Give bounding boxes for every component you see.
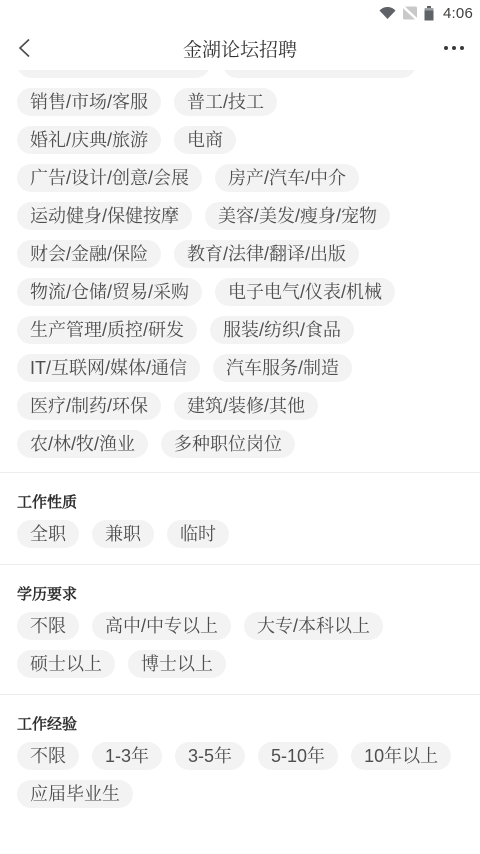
chip-row: 不限1-3年3-5年5-10年10年以上 — [17, 742, 463, 770]
filter-chip[interactable]: 3-5年 — [175, 742, 245, 770]
category-chip[interactable]: 多种职位岗位 — [161, 430, 295, 458]
category-chip[interactable]: 运动健身/保健按摩 — [17, 202, 192, 230]
app-header: 金湖论坛招聘 — [0, 26, 480, 70]
chip-row: 医疗/制药/环保建筑/装修/其他 — [17, 392, 463, 420]
category-chip[interactable]: IT/互联网/媒体/通信 — [17, 354, 200, 382]
category-chip[interactable]: 农/林/牧/渔业 — [17, 430, 148, 458]
filter-section: 工作经验不限1-3年3-5年5-10年10年以上应届毕业生 — [0, 694, 480, 824]
chip-row: 销售/市场/客服普工/技工 — [17, 88, 463, 116]
battery-icon — [424, 6, 434, 21]
chip-row: 广告/设计/创意/会展房产/汽车/中介 — [17, 164, 463, 192]
chip-row: 硕士以上博士以上 — [17, 650, 463, 678]
chip-row: 不限高中/中专以上大专/本科以上 — [17, 612, 463, 640]
chip-row: 运动健身/保健按摩美容/美发/瘦身/宠物 — [17, 202, 463, 230]
category-chip-partial[interactable] — [223, 70, 416, 78]
filter-chip[interactable]: 兼职 — [92, 520, 154, 548]
chip-row: 物流/仓储/贸易/采购电子电气/仪表/机械 — [17, 278, 463, 306]
chip-row: 应届毕业生 — [17, 780, 463, 808]
filter-chip[interactable]: 不限 — [17, 612, 79, 640]
category-chip[interactable]: 生产管理/质控/研发 — [17, 316, 197, 344]
category-chip[interactable]: 教育/法律/翻译/出版 — [174, 240, 359, 268]
filter-chip[interactable]: 硕士以上 — [17, 650, 115, 678]
section-title: 学历要求 — [17, 587, 463, 602]
category-chip[interactable]: 医疗/制药/环保 — [17, 392, 161, 420]
no-signal-icon — [402, 6, 418, 20]
chip-row: IT/互联网/媒体/通信汽车服务/制造 — [17, 354, 463, 382]
category-chip[interactable]: 建筑/装修/其他 — [174, 392, 318, 420]
filter-chip[interactable]: 5-10年 — [258, 742, 338, 770]
filter-chip[interactable]: 不限 — [17, 742, 79, 770]
filter-chip[interactable]: 全职 — [17, 520, 79, 548]
category-chip-partial[interactable] — [17, 70, 210, 78]
wifi-icon — [379, 6, 396, 20]
filter-chip[interactable]: 10年以上 — [351, 742, 451, 770]
status-time: 4:06 — [443, 5, 473, 22]
category-chip[interactable]: 电子电气/仪表/机械 — [215, 278, 395, 306]
filter-sections: 工作性质全职兼职临时学历要求不限高中/中专以上大专/本科以上硕士以上博士以上工作… — [0, 472, 480, 824]
category-chip[interactable]: 财会/金融/保险 — [17, 240, 161, 268]
filter-chip[interactable]: 应届毕业生 — [17, 780, 133, 808]
section-title: 工作性质 — [17, 495, 463, 510]
chip-row: 婚礼/庆典/旅游电商 — [17, 126, 463, 154]
category-chip[interactable]: 销售/市场/客服 — [17, 88, 161, 116]
chip-row-partial — [17, 70, 463, 78]
category-chip[interactable]: 房产/汽车/中介 — [215, 164, 359, 192]
chip-row: 生产管理/质控/研发服装/纺织/食品 — [17, 316, 463, 344]
chip-row: 全职兼职临时 — [17, 520, 463, 548]
category-chip[interactable]: 普工/技工 — [174, 88, 277, 116]
chip-row: 财会/金融/保险教育/法律/翻译/出版 — [17, 240, 463, 268]
category-chip[interactable]: 物流/仓储/贸易/采购 — [17, 278, 202, 306]
category-chip[interactable]: 服装/纺织/食品 — [210, 316, 354, 344]
page-title: 金湖论坛招聘 — [0, 26, 480, 70]
category-chip[interactable]: 电商 — [174, 126, 236, 154]
category-chip-grid: 销售/市场/客服普工/技工婚礼/庆典/旅游电商广告/设计/创意/会展房产/汽车/… — [0, 70, 480, 472]
filter-chip[interactable]: 1-3年 — [92, 742, 162, 770]
section-title: 工作经验 — [17, 717, 463, 732]
filter-section: 学历要求不限高中/中专以上大专/本科以上硕士以上博士以上 — [0, 564, 480, 694]
category-chip[interactable]: 婚礼/庆典/旅游 — [17, 126, 161, 154]
filter-chip[interactable]: 博士以上 — [128, 650, 226, 678]
filter-chip[interactable]: 临时 — [167, 520, 229, 548]
chip-row: 农/林/牧/渔业多种职位岗位 — [17, 430, 463, 458]
status-bar: 4:06 — [0, 0, 480, 26]
category-chip[interactable]: 美容/美发/瘦身/宠物 — [205, 202, 390, 230]
filter-chip[interactable]: 高中/中专以上 — [92, 612, 231, 640]
overflow-menu-icon[interactable] — [440, 36, 468, 60]
category-chip[interactable]: 汽车服务/制造 — [213, 354, 352, 382]
category-chip[interactable]: 广告/设计/创意/会展 — [17, 164, 202, 192]
filter-section: 工作性质全职兼职临时 — [0, 472, 480, 564]
filter-chip[interactable]: 大专/本科以上 — [244, 612, 383, 640]
